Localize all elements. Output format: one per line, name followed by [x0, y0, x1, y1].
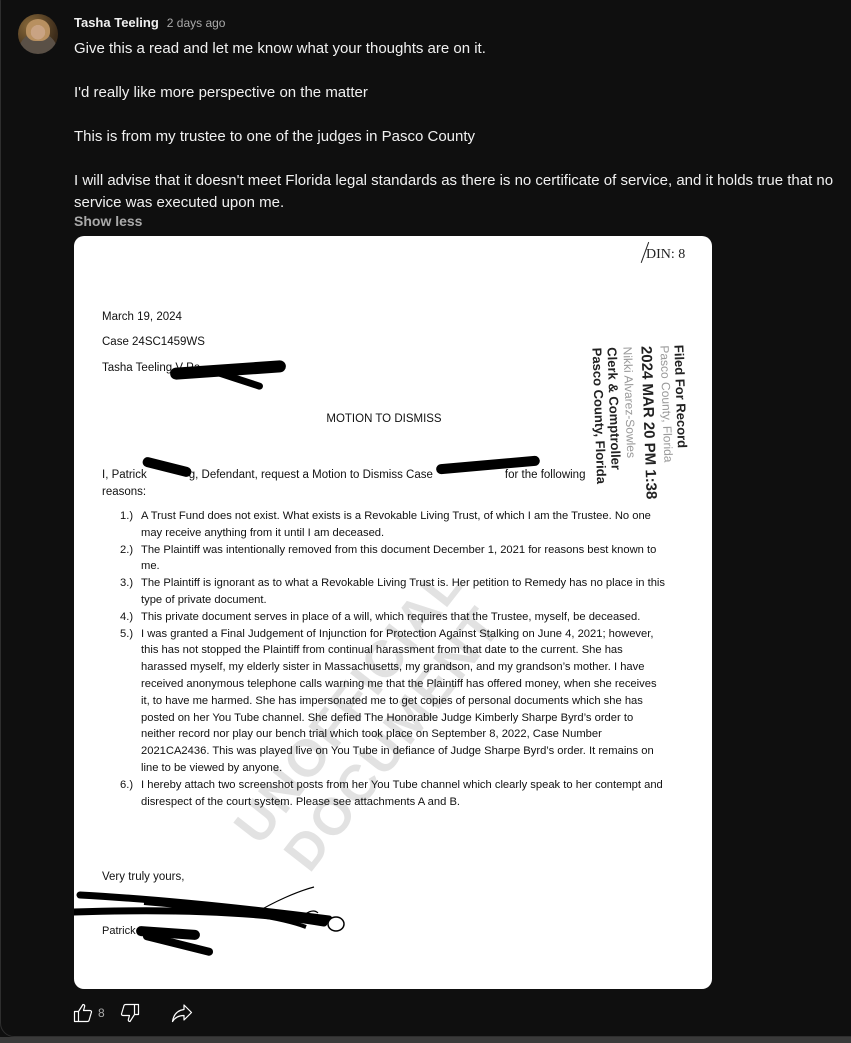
show-less-button[interactable]: Show less — [74, 213, 142, 229]
reason-text: I was granted a Final Judgement of Injun… — [141, 626, 665, 777]
reason-text: The Plaintiff is ignorant as to what a R… — [141, 575, 665, 609]
timestamp[interactable]: 2 days ago — [167, 16, 226, 30]
reason-text: The Plaintiff was intentionally removed … — [141, 542, 665, 576]
signature-name: Patrick — [102, 925, 136, 937]
reason-text: This private document serves in place of… — [141, 609, 665, 626]
reason-item: 4.)This private document serves in place… — [120, 609, 665, 626]
reason-item: 6.)I hereby attach two screenshot posts … — [120, 777, 665, 811]
avatar[interactable] — [18, 14, 58, 54]
like-button[interactable] — [72, 1002, 94, 1024]
reason-number: 5.) — [120, 626, 141, 777]
reasons-list: 1.)A Trust Fund does not exist. What exi… — [120, 508, 665, 810]
attached-document-image[interactable]: DIN: 8 March 19, 2024 Case 24SC1459WS Ta… — [74, 236, 712, 989]
signature-scribble — [74, 881, 364, 961]
author-name[interactable]: Tasha Teeling — [74, 15, 159, 30]
reason-item: 5.)I was granted a Final Judgement of In… — [120, 626, 665, 777]
intro-mid: g, Defendant, request a Motion to Dismis… — [189, 469, 433, 481]
thumbs-down-icon — [120, 1003, 140, 1023]
comment-paragraph: I will advise that it doesn't meet Flori… — [74, 170, 844, 214]
comment-header: Tasha Teeling 2 days ago — [74, 15, 225, 30]
din-label: DIN: 8 — [646, 247, 685, 263]
reason-number: 3.) — [120, 575, 141, 609]
doc-case: Case 24SC1459WS — [102, 336, 205, 348]
intro-line2: reasons: — [102, 486, 146, 498]
reason-number: 4.) — [120, 609, 141, 626]
thumbs-up-icon — [73, 1003, 93, 1023]
reason-text: A Trust Fund does not exist. What exists… — [141, 508, 665, 542]
reason-number: 6.) — [120, 777, 141, 811]
comment-paragraph: Give this a read and let me know what yo… — [74, 38, 844, 60]
share-button[interactable] — [171, 1002, 193, 1024]
comment-paragraph: I'd really like more perspective on the … — [74, 82, 844, 104]
comment-text: Give this a read and let me know what yo… — [74, 38, 844, 214]
reason-number: 1.) — [120, 508, 141, 542]
doc-date: March 19, 2024 — [102, 311, 182, 323]
comment-actions: 8 — [72, 1002, 193, 1024]
bottom-divider — [0, 1037, 851, 1043]
reason-number: 2.) — [120, 542, 141, 576]
reason-item: 1.)A Trust Fund does not exist. What exi… — [120, 508, 665, 542]
reason-text: I hereby attach two screenshot posts fro… — [141, 777, 665, 811]
comment-paragraph: This is from my trustee to one of the ju… — [74, 126, 844, 148]
intro-start: I, Patrick — [102, 469, 147, 481]
dislike-button[interactable] — [119, 1002, 141, 1024]
reason-item: 3.)The Plaintiff is ignorant as to what … — [120, 575, 665, 609]
clerk-filing-stamp: Filed For Record Pasco County, Florida 2… — [546, 345, 691, 500]
like-count: 8 — [98, 1006, 105, 1020]
share-icon — [171, 1003, 193, 1023]
reason-item: 2.)The Plaintiff was intentionally remov… — [120, 542, 665, 576]
